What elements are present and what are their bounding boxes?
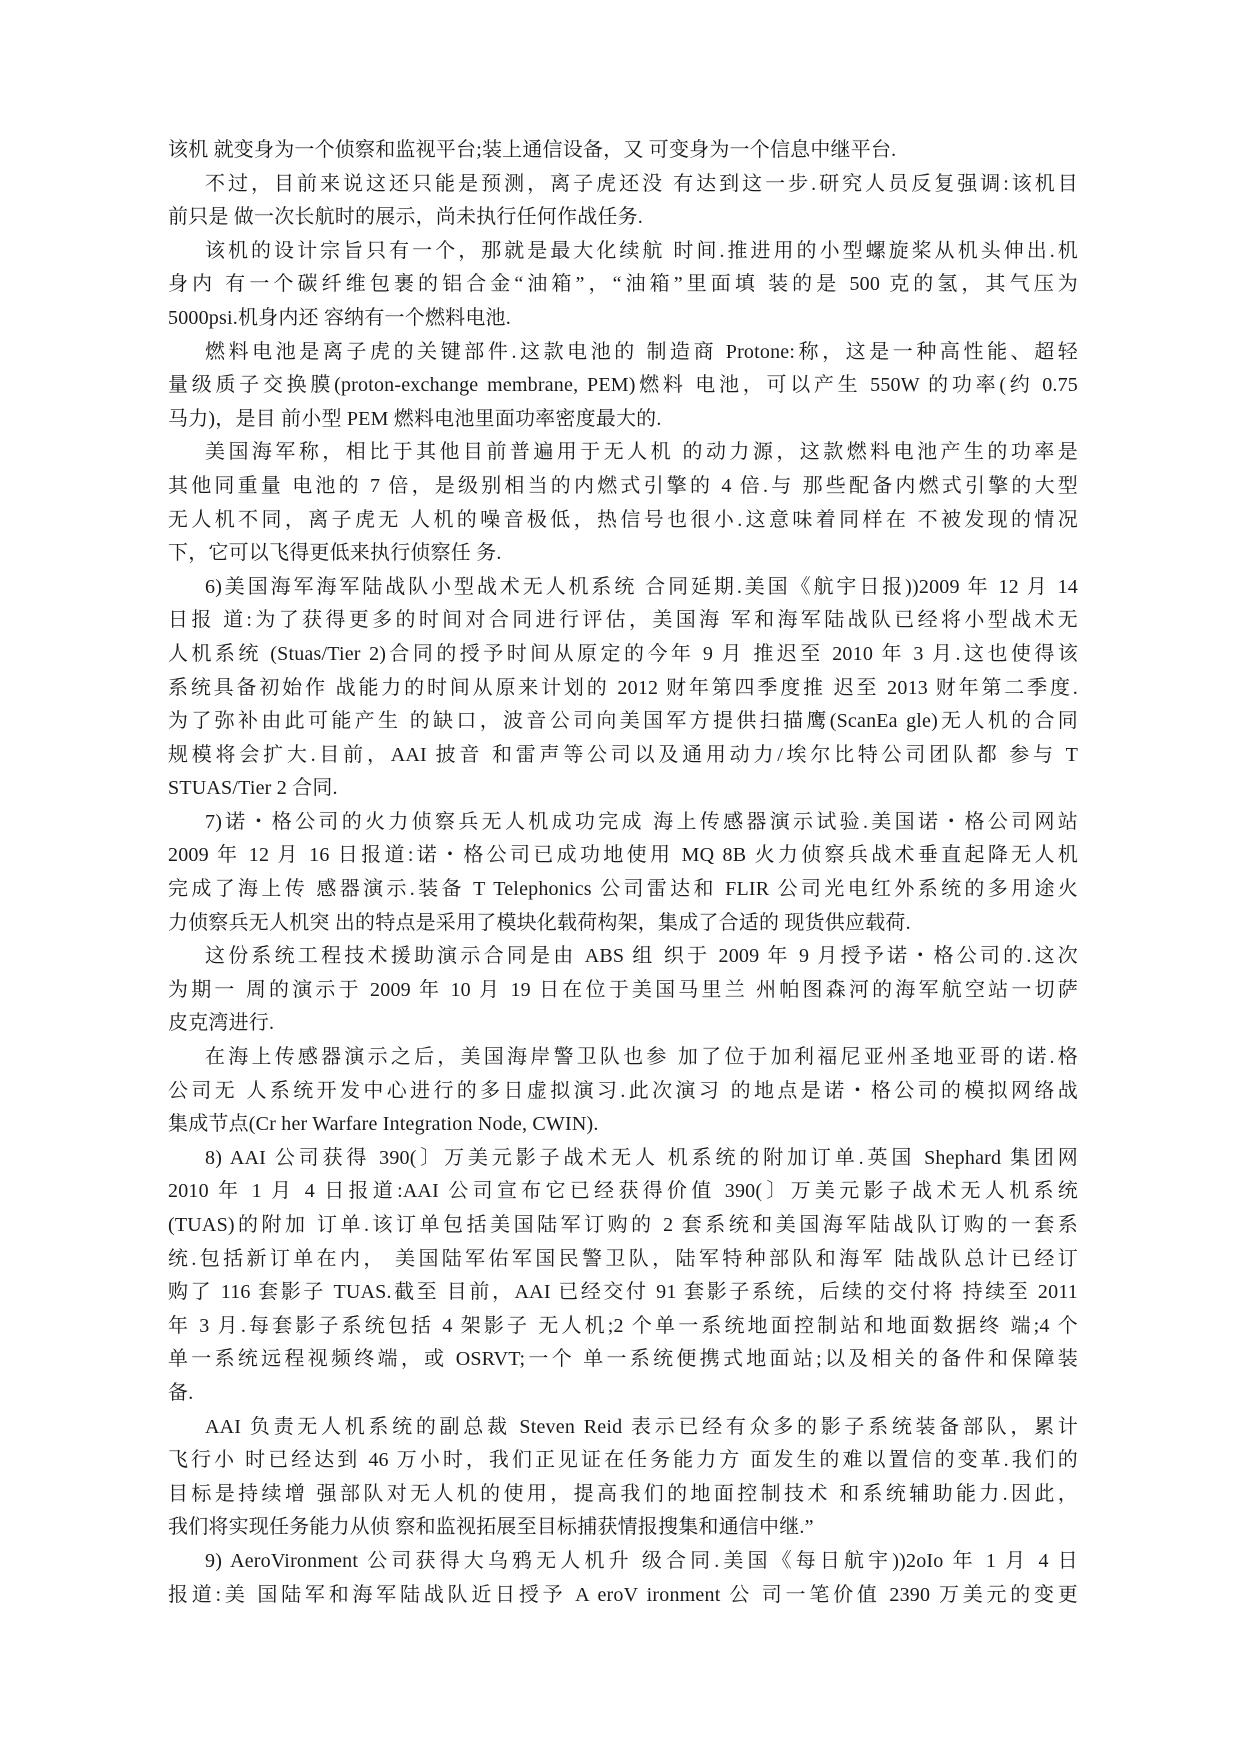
text-line: 该机的设计宗旨只有一个，那就是最大化续航 时间.推进用的小型螺旋桨从机头伸出.机	[168, 235, 1078, 269]
text-line: 购了 116 套影子 TUAS.截至 目前，AAI 已经交付 91 套影子系统，…	[168, 1276, 1078, 1310]
text-line: 人机系统 (Stuas/Tier 2)合同的授予时间从原定的今年 9 月 推迟至…	[168, 638, 1078, 672]
text-line: 燃料电池是离子虎的关键部件.这款电池的 制造商 Protone:称，这是一种高性…	[168, 336, 1078, 370]
text-line: 目标是持续增 强部队对无人机的使用，提高我们的地面控制技术 和系统辅助能力.因此…	[168, 1478, 1078, 1512]
text-line: 单一系统远程视频终端，或 OSRVT;一个 单一系统便携式地面站;以及相关的备件…	[168, 1343, 1078, 1377]
text-line: 统.包括新订单在内， 美国陆军佑军国民警卫队，陆军特种部队和海军 陆战队总计已经…	[168, 1243, 1078, 1277]
text-line: 美国海军称，相比于其他目前普遍用于无人机 的动力源，这款燃料电池产生的功率是	[168, 436, 1078, 470]
text-line: 马力)，是目 前小型 PEM 燃料电池里面功率密度最大的.	[168, 403, 1078, 437]
text-line: 公司无 人系统开发中心进行的多日虚拟演习.此次演习 的地点是诺・格公司的模拟网络…	[168, 1075, 1078, 1109]
text-line: 日报 道:为了获得更多的时间对合同进行评估，美国海 军和海军陆战队已经将小型战术…	[168, 604, 1078, 638]
text-line: (TUAS)的附加 订单.该订单包括美国陆军订购的 2 套系统和美国海军陆战队订…	[168, 1209, 1078, 1243]
text-line: 为了弥补由此可能产生 的缺口，波音公司向美国军方提供扫描鹰(ScanEa gle…	[168, 705, 1078, 739]
text-line: 飞行小 时已经达到 46 万小时，我们正见证在任务能力方 面发生的难以置信的变革…	[168, 1444, 1078, 1478]
text-line: 2009 年 12 月 16 日报道:诺・格公司已成功地使用 MQ 8B 火力侦…	[168, 839, 1078, 873]
text-line: 8) AAI 公司获得 390(〕万美元影子战术无人 机系统的附加订单.英国 S…	[168, 1142, 1078, 1176]
text-line: 5000psi.机身内还 容纳有一个燃料电池.	[168, 302, 1078, 336]
text-line: 其他同重量 电池的 7 倍，是级别相当的内燃式引擎的 4 倍.与 那些配备内燃式…	[168, 470, 1078, 504]
text-line: 年 3 月.每套影子系统包括 4 架影子 无人机;2 个单一系统地面控制站和地面…	[168, 1310, 1078, 1344]
text-line: 不过，目前来说这还只能是预测，离子虎还没 有达到这一步.研究人员反复强调:该机目	[168, 168, 1078, 202]
text-line: 下，它可以飞得更低来执行侦察任 务.	[168, 537, 1078, 571]
text-line: 备.	[168, 1377, 1078, 1411]
text-line: 在海上传感器演示之后，美国海岸警卫队也参 加了位于加利福尼亚州圣地亚哥的诺.格	[168, 1041, 1078, 1075]
text-line: 前只是 做一次长航时的展示，尚未执行任何作战任务.	[168, 201, 1078, 235]
text-line: STUAS/Tier 2 合同.	[168, 772, 1078, 806]
text-line: 我们将实现任务能力从侦 察和监视拓展至目标捕获情报搜集和通信中继.”	[168, 1511, 1078, 1545]
text-line: 9) AeroVironment 公司获得大乌鸦无人机升 级合同.美国《每日航宇…	[168, 1545, 1078, 1579]
text-line: 该机 就变身为一个侦察和监视平台;装上通信设备，又 可变身为一个信息中继平台.	[168, 134, 1078, 168]
text-line: 7)诺・格公司的火力侦察兵无人机成功完成 海上传感器演示试验.美国诺・格公司网站	[168, 806, 1078, 840]
document-page: 该机 就变身为一个侦察和监视平台;装上通信设备，又 可变身为一个信息中继平台.不…	[168, 134, 1078, 1612]
text-line: 集成节点(Cr her Warfare Integration Node, CW…	[168, 1108, 1078, 1142]
text-line: 为期一 周的演示于 2009 年 10 月 19 日在位于美国马里兰 州帕图森河…	[168, 974, 1078, 1008]
text-line: 这份系统工程技术援助演示合同是由 ABS 组 织于 2009 年 9 月授予诺・…	[168, 940, 1078, 974]
text-line: 规模将会扩大.目前，AAI 披音 和雷声等公司以及通用动力/埃尔比特公司团队都 …	[168, 739, 1078, 773]
text-line: 皮克湾进行.	[168, 1007, 1078, 1041]
text-line: 系统具备初始作 战能力的时间从原来计划的 2012 财年第四季度推 迟至 201…	[168, 672, 1078, 706]
text-line: 无人机不同，离子虎无 人机的噪音极低，热信号也很小.这意味着同样在 不被发现的情…	[168, 504, 1078, 538]
text-line: 完成了海上传 感器演示.装备 T Telephonics 公司雷达和 FLIR …	[168, 873, 1078, 907]
text-line: 6)美国海军海军陆战队小型战术无人机系统 合同延期.美国《航宇日报))2009 …	[168, 571, 1078, 605]
text-line: 报道:美 国陆军和海军陆战队近日授予 A eroV ironment 公 司一笔…	[168, 1579, 1078, 1613]
text-line: 量级质子交换膜(proton-exchange membrane, PEM)燃料…	[168, 369, 1078, 403]
text-line: 力侦察兵无人机突 出的特点是采用了模块化载荷构架，集成了合适的 现货供应载荷.	[168, 907, 1078, 941]
text-line: AAI 负责无人机系统的副总裁 Steven Reid 表示已经有众多的影子系统…	[168, 1411, 1078, 1445]
text-line: 身内 有一个碳纤维包裹的铝合金“油箱”，“油箱”里面填 装的是 500 克的氢，…	[168, 268, 1078, 302]
text-line: 2010 年 1 月 4 日报道:AAI 公司宣布它已经获得价值 390(〕万美…	[168, 1175, 1078, 1209]
